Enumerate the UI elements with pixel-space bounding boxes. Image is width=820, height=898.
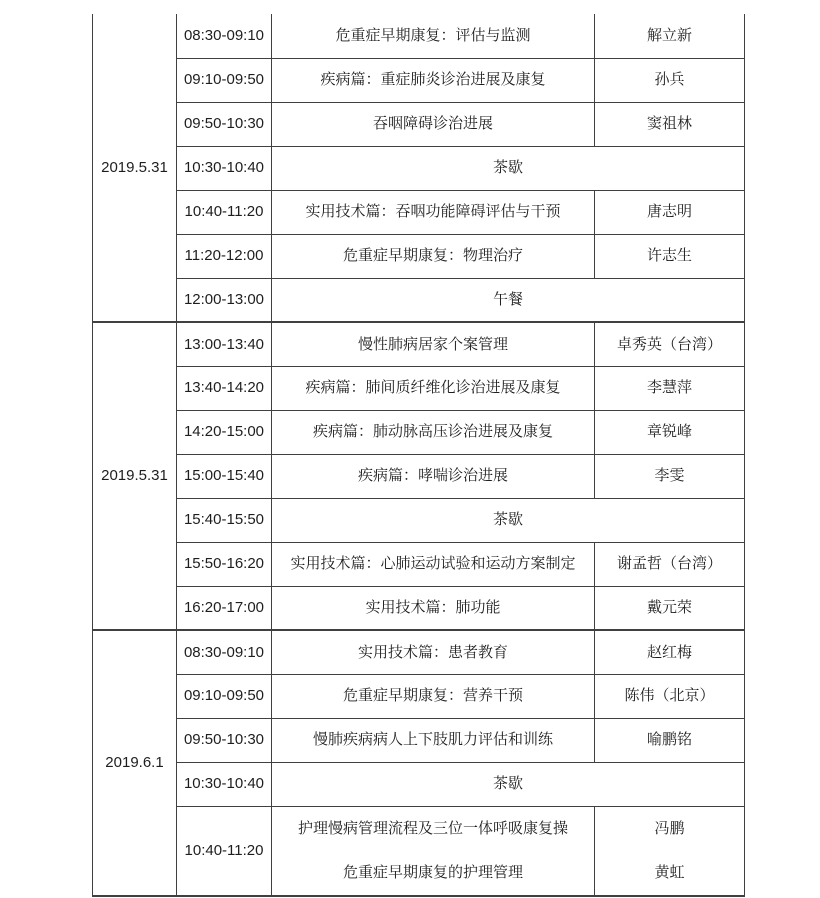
table-row: 12:00-13:00午餐 bbox=[93, 278, 745, 322]
speaker-cell: 谢孟哲（台湾） bbox=[595, 542, 745, 586]
topic-cell: 危重症早期康复：评估与监测 bbox=[272, 14, 595, 58]
topic-cell: 疾病篇：肺间质纤维化诊治进展及康复 bbox=[272, 366, 595, 410]
time-cell: 10:40-11:20 bbox=[177, 806, 272, 896]
speaker-cell: 冯鹏黄虹 bbox=[595, 806, 745, 896]
topic-cell: 护理慢病管理流程及三位一体呼吸康复操危重症早期康复的护理管理 bbox=[272, 806, 595, 896]
time-cell: 08:30-09:10 bbox=[177, 630, 272, 674]
table-row: 09:10-09:50危重症早期康复：营养干预陈伟（北京） bbox=[93, 674, 745, 718]
time-cell: 08:30-09:10 bbox=[177, 14, 272, 58]
speaker-cell: 许志生 bbox=[595, 234, 745, 278]
break-cell: 茶歇 bbox=[272, 498, 745, 542]
speaker-cell: 卓秀英（台湾） bbox=[595, 322, 745, 366]
table-row: 15:50-16:20实用技术篇：心肺运动试验和运动方案制定谢孟哲（台湾） bbox=[93, 542, 745, 586]
table-row: 15:40-15:50茶歇 bbox=[93, 498, 745, 542]
time-cell: 10:40-11:20 bbox=[177, 190, 272, 234]
speaker-cell: 李雯 bbox=[595, 454, 745, 498]
speaker-cell: 陈伟（北京） bbox=[595, 674, 745, 718]
table-row: 2019.5.3108:30-09:10危重症早期康复：评估与监测解立新 bbox=[93, 14, 745, 58]
topic-line: 危重症早期康复的护理管理 bbox=[272, 851, 594, 895]
time-cell: 15:40-15:50 bbox=[177, 498, 272, 542]
speaker-line: 黄虹 bbox=[595, 851, 744, 895]
speaker-cell: 唐志明 bbox=[595, 190, 745, 234]
time-cell: 11:20-12:00 bbox=[177, 234, 272, 278]
speaker-cell: 章锐峰 bbox=[595, 410, 745, 454]
speaker-cell: 解立新 bbox=[595, 14, 745, 58]
time-cell: 13:00-13:40 bbox=[177, 322, 272, 366]
time-cell: 09:50-10:30 bbox=[177, 718, 272, 762]
time-cell: 10:30-10:40 bbox=[177, 762, 272, 806]
break-cell: 午餐 bbox=[272, 278, 745, 322]
table-row: 16:20-17:00实用技术篇：肺功能戴元荣 bbox=[93, 586, 745, 630]
time-cell: 09:50-10:30 bbox=[177, 102, 272, 146]
table-row: 09:50-10:30慢肺疾病病人上下肢肌力评估和训练喻鹏铭 bbox=[93, 718, 745, 762]
time-cell: 09:10-09:50 bbox=[177, 58, 272, 102]
table-row: 10:30-10:40茶歇 bbox=[93, 762, 745, 806]
date-cell: 2019.6.1 bbox=[93, 630, 177, 896]
break-cell: 茶歇 bbox=[272, 146, 745, 190]
speaker-cell: 窦祖林 bbox=[595, 102, 745, 146]
topic-cell: 吞咽障碍诊治进展 bbox=[272, 102, 595, 146]
speaker-cell: 孙兵 bbox=[595, 58, 745, 102]
schedule-table-body: 2019.5.3108:30-09:10危重症早期康复：评估与监测解立新09:1… bbox=[93, 14, 745, 896]
speaker-cell: 李慧萍 bbox=[595, 366, 745, 410]
time-cell: 16:20-17:00 bbox=[177, 586, 272, 630]
table-row: 10:40-11:20实用技术篇：吞咽功能障碍评估与干预唐志明 bbox=[93, 190, 745, 234]
time-cell: 09:10-09:50 bbox=[177, 674, 272, 718]
speaker-line: 冯鹏 bbox=[595, 807, 744, 851]
table-row: 2019.6.108:30-09:10实用技术篇：患者教育赵红梅 bbox=[93, 630, 745, 674]
speaker-cell: 赵红梅 bbox=[595, 630, 745, 674]
table-row: 09:50-10:30吞咽障碍诊治进展窦祖林 bbox=[93, 102, 745, 146]
date-cell: 2019.5.31 bbox=[93, 322, 177, 630]
time-cell: 15:00-15:40 bbox=[177, 454, 272, 498]
schedule-table: 2019.5.3108:30-09:10危重症早期康复：评估与监测解立新09:1… bbox=[92, 14, 745, 897]
time-cell: 13:40-14:20 bbox=[177, 366, 272, 410]
topic-cell: 疾病篇：哮喘诊治进展 bbox=[272, 454, 595, 498]
time-cell: 12:00-13:00 bbox=[177, 278, 272, 322]
table-row: 10:40-11:20护理慢病管理流程及三位一体呼吸康复操危重症早期康复的护理管… bbox=[93, 806, 745, 896]
topic-cell: 慢性肺病居家个案管理 bbox=[272, 322, 595, 366]
table-row: 09:10-09:50疾病篇：重症肺炎诊治进展及康复孙兵 bbox=[93, 58, 745, 102]
topic-cell: 实用技术篇：肺功能 bbox=[272, 586, 595, 630]
topic-cell: 实用技术篇：患者教育 bbox=[272, 630, 595, 674]
table-row: 11:20-12:00危重症早期康复：物理治疗许志生 bbox=[93, 234, 745, 278]
speaker-cell: 喻鹏铭 bbox=[595, 718, 745, 762]
topic-cell: 慢肺疾病病人上下肢肌力评估和训练 bbox=[272, 718, 595, 762]
time-cell: 10:30-10:40 bbox=[177, 146, 272, 190]
speaker-cell: 戴元荣 bbox=[595, 586, 745, 630]
topic-cell: 危重症早期康复：物理治疗 bbox=[272, 234, 595, 278]
break-cell: 茶歇 bbox=[272, 762, 745, 806]
table-row: 14:20-15:00疾病篇：肺动脉高压诊治进展及康复章锐峰 bbox=[93, 410, 745, 454]
table-row: 15:00-15:40疾病篇：哮喘诊治进展李雯 bbox=[93, 454, 745, 498]
date-cell: 2019.5.31 bbox=[93, 14, 177, 322]
topic-line: 护理慢病管理流程及三位一体呼吸康复操 bbox=[272, 807, 594, 851]
time-cell: 14:20-15:00 bbox=[177, 410, 272, 454]
table-row: 13:40-14:20疾病篇：肺间质纤维化诊治进展及康复李慧萍 bbox=[93, 366, 745, 410]
topic-cell: 疾病篇：重症肺炎诊治进展及康复 bbox=[272, 58, 595, 102]
topic-cell: 疾病篇：肺动脉高压诊治进展及康复 bbox=[272, 410, 595, 454]
topic-cell: 实用技术篇：吞咽功能障碍评估与干预 bbox=[272, 190, 595, 234]
table-row: 10:30-10:40茶歇 bbox=[93, 146, 745, 190]
time-cell: 15:50-16:20 bbox=[177, 542, 272, 586]
topic-cell: 危重症早期康复：营养干预 bbox=[272, 674, 595, 718]
table-row: 2019.5.3113:00-13:40慢性肺病居家个案管理卓秀英（台湾） bbox=[93, 322, 745, 366]
topic-cell: 实用技术篇：心肺运动试验和运动方案制定 bbox=[272, 542, 595, 586]
